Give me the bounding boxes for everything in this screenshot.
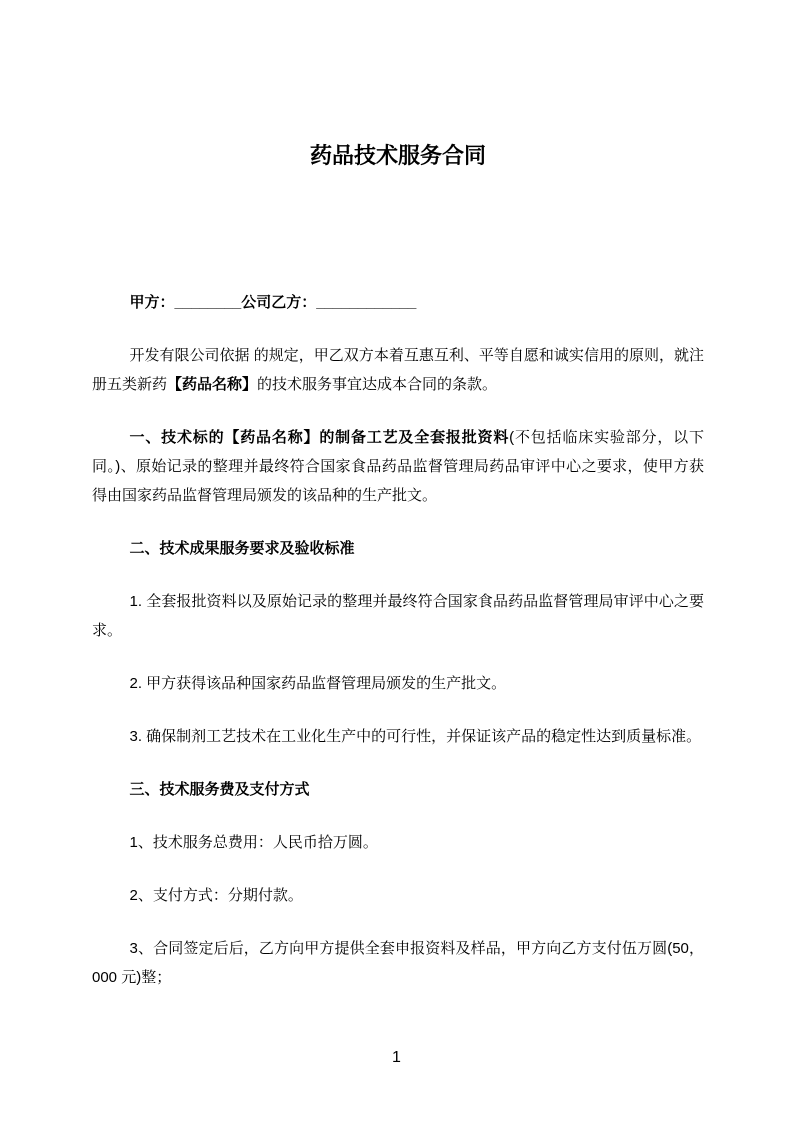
section-1-technical-subject: 一、技术标的【药品名称】的制备工艺及全套报批资料(不包括临床实验部分，以下同。)… (92, 423, 704, 510)
section-2-heading: 二、技术成果服务要求及验收标准 (92, 534, 704, 563)
text-run: 3. 确保制剂工艺技术在工业化生产中的可行性，并保证该产品的稳定性达到质量标准。 (130, 728, 702, 745)
document-title: 药品技术服务合同 (92, 142, 704, 170)
text-run: 2. 甲方获得该品种国家药品监督管理局颁发的生产批文。 (130, 675, 507, 692)
document-content: 药品技术服务合同 甲方：________公司乙方：____________ 开发… (92, 142, 704, 1016)
text-run: 三、技术服务费及支付方式 (130, 781, 310, 798)
text-run: 1、技术服务总费用：人民币拾万圆。 (130, 834, 378, 851)
intro-paragraph: 开发有限公司依据 的规定，甲乙双方本着互惠互利、平等自愿和诚实信用的原则，就注册… (92, 341, 704, 399)
section-3-item-1: 1、技术服务总费用：人民币拾万圆。 (92, 828, 704, 857)
text-run: 1. 全套报批资料以及原始记录的整理并最终符合国家食品药品监督管理局审评中心之要… (92, 593, 704, 639)
text-run: 甲方：________公司乙方：____________ (130, 294, 417, 311)
section-3-item-3: 3、合同签定后后，乙方向甲方提供全套申报资料及样品，甲方向乙方支付伍万圆(50，… (92, 934, 704, 992)
document-page: 药品技术服务合同 甲方：________公司乙方：____________ 开发… (0, 0, 793, 1122)
section-3-heading: 三、技术服务费及支付方式 (92, 775, 704, 804)
text-run: 3、合同签定后后，乙方向甲方提供全套申报资料及样品，甲方向乙方支付伍万圆(50，… (92, 940, 704, 986)
text-run: 2、支付方式：分期付款。 (130, 887, 303, 904)
section-2-item-3: 3. 确保制剂工艺技术在工业化生产中的可行性，并保证该产品的稳定性达到质量标准。 (92, 722, 704, 751)
section-2-item-2: 2. 甲方获得该品种国家药品监督管理局颁发的生产批文。 (92, 669, 704, 698)
text-run: 一、技术标的【药品名称】的制备工艺及全套报批资料 (130, 429, 510, 446)
section-2-item-1: 1. 全套报批资料以及原始记录的整理并最终符合国家食品药品监督管理局审评中心之要… (92, 587, 704, 645)
page-number: 1 (0, 1048, 793, 1068)
text-run: 二、技术成果服务要求及验收标准 (130, 540, 355, 557)
section-3-item-2: 2、支付方式：分期付款。 (92, 881, 704, 910)
text-run: 【药品名称】 (167, 376, 257, 393)
text-run: 的技术服务事宜达成本合同的条款。 (257, 376, 497, 393)
party-line: 甲方：________公司乙方：____________ (92, 288, 704, 317)
